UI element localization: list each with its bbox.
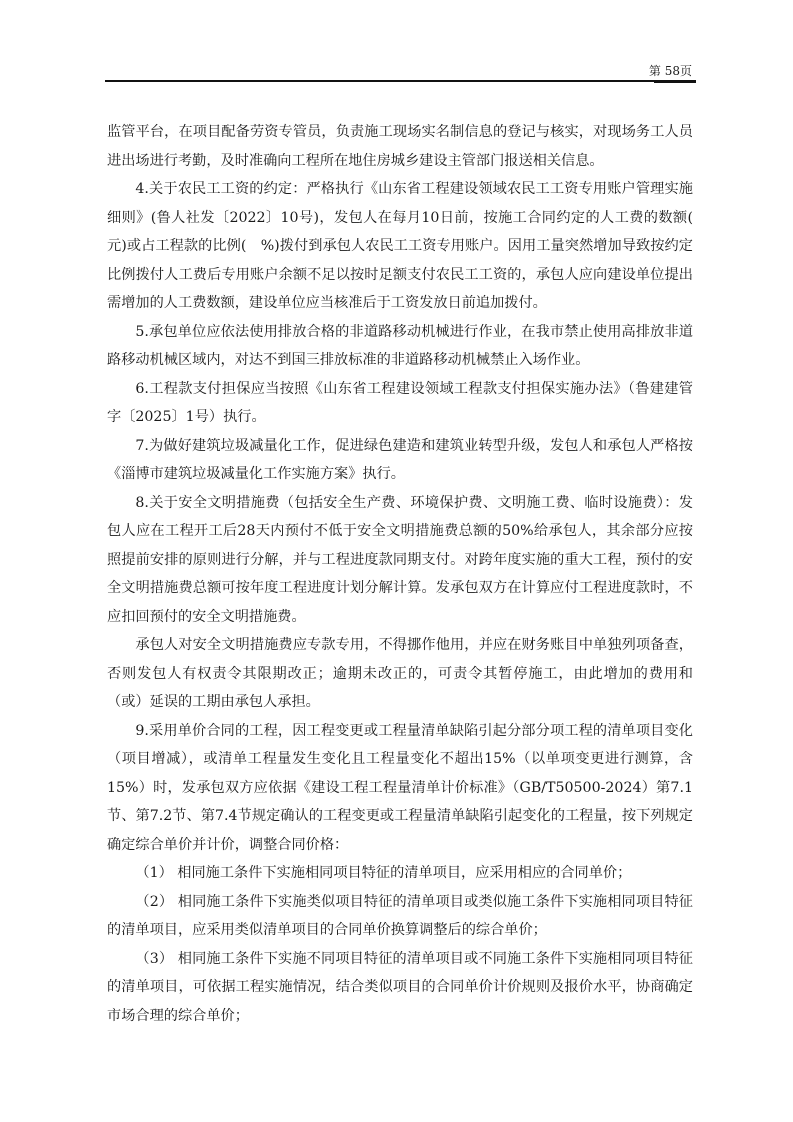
paragraph-8-safety-fees: 8.关于安全文明措施费（包括安全生产费、环境保护费、文明施工费、临时设施费）：发… (107, 489, 693, 632)
paragraph-5-mobile-machinery: 5.承包单位应依法使用排放合格的非道路移动机械进行作业，在我市禁止使用高排放非道… (107, 318, 693, 375)
header-rule (105, 80, 696, 82)
paragraph-6-payment-guarantee: 6.工程款支付担保应当按照《山东省工程建设领域工程款支付担保实施办法》（鲁建建管… (107, 375, 693, 432)
header-rule-accent (654, 80, 696, 83)
paragraph-continuation: 监管平台，在项目配备劳资专管员，负责施工现场实名制信息的登记与核实，对现场务工人… (107, 118, 693, 175)
paragraph-4-migrant-wages: 4.关于农民工工资的约定：严格执行《山东省工程建设领域农民工工资专用账户管理实施… (107, 175, 693, 318)
paragraph-8-contractor-obligation: 承包人对安全文明措施费应专款专用，不得挪作他用，并应在财务账目中单独列项备查，否… (107, 631, 693, 717)
document-body: 监管平台，在项目配备劳资专管员，负责施工现场实名制信息的登记与核实，对现场务工人… (107, 118, 693, 1030)
page-header: 第 58页 (105, 60, 696, 82)
paragraph-9-unit-price-contract: 9.采用单价合同的工程，因工程变更或工程量清单缺陷引起分部分项工程的清单项目变化… (107, 717, 693, 860)
page-number: 第 58页 (649, 64, 692, 78)
paragraph-9-item-1: （1） 相同施工条件下实施相同项目特征的清单项目，应采用相应的合同单价； (107, 859, 693, 888)
paragraph-7-waste-reduction: 7.为做好建筑垃圾减量化工作，促进绿色建造和建筑业转型升级，发包人和承包人严格按… (107, 432, 693, 489)
paragraph-9-item-3: （3） 相同施工条件下实施不同项目特征的清单项目或不同施工条件下实施相同项目特征… (107, 945, 693, 1031)
paragraph-9-item-2: （2） 相同施工条件下实施类似项目特征的清单项目或类似施工条件下实施相同项目特征… (107, 888, 693, 945)
